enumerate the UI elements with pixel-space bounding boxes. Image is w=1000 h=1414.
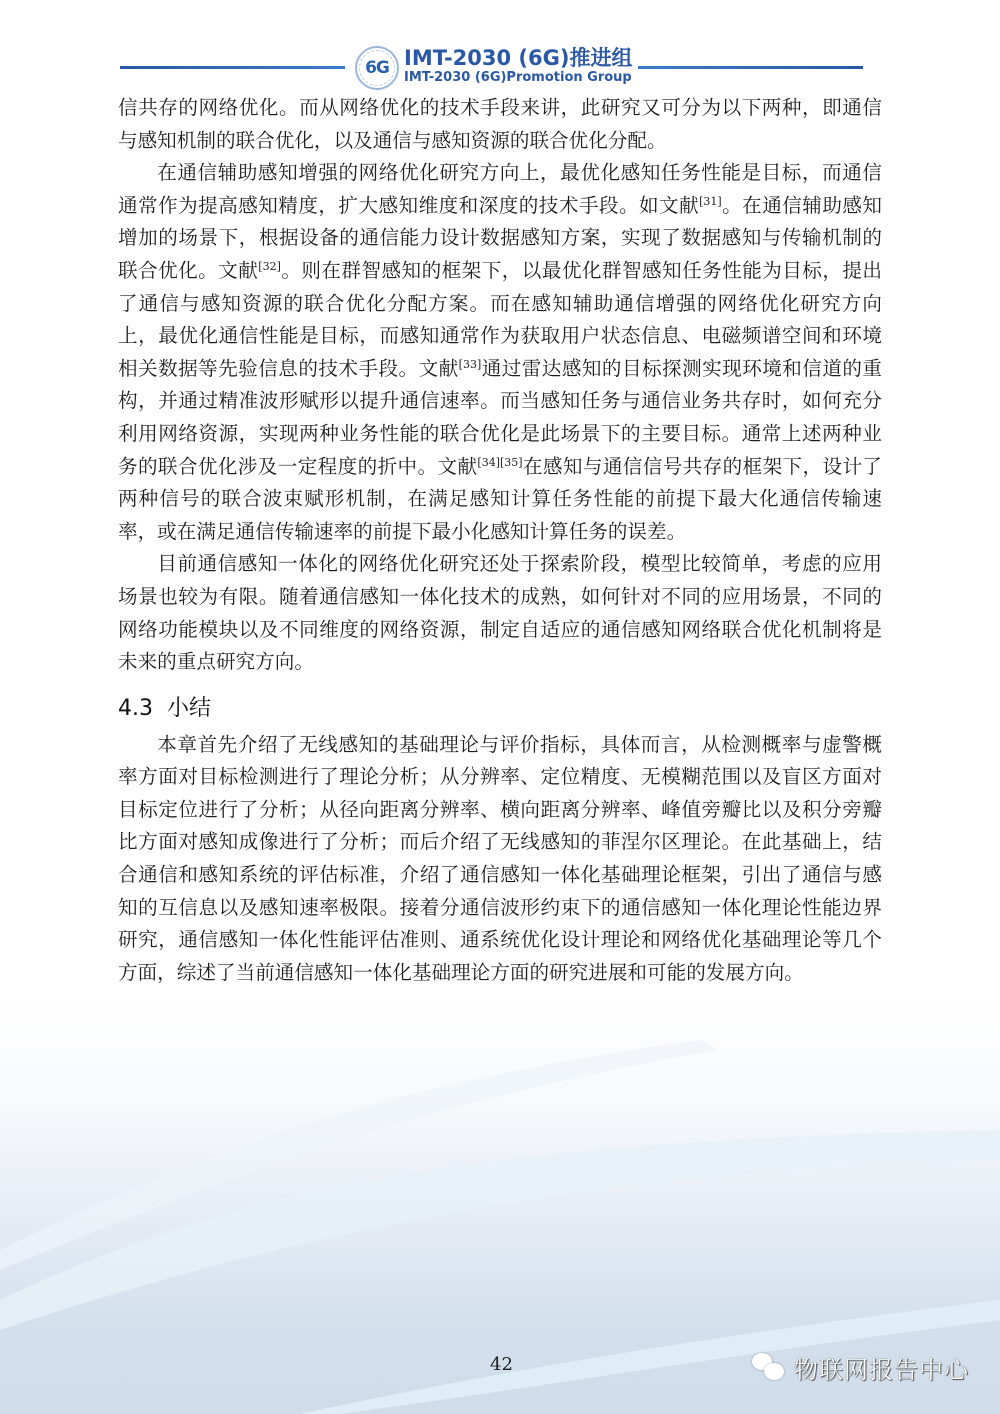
citation-33: [33] bbox=[459, 358, 482, 371]
paragraph-1: 信共存的网络优化。而从网络优化的技术手段来讲，此研究又可分为以下两种，即通信与感… bbox=[118, 92, 882, 157]
citation-31: [31] bbox=[699, 195, 722, 208]
section-heading-4-3: 4.3小结 bbox=[118, 689, 882, 729]
paragraph-3: 目前通信感知一体化的网络优化研究还处于探索阶段，模型比较简单，考虑的应用场景也较… bbox=[118, 548, 882, 678]
wechat-icon bbox=[752, 1353, 786, 1383]
citation-32: [32] bbox=[258, 260, 281, 273]
page-header bbox=[0, 40, 1000, 92]
section-title: 小结 bbox=[167, 696, 211, 721]
section-number: 4.3 bbox=[118, 696, 153, 721]
citation-34-35: [34][35] bbox=[477, 456, 522, 469]
document-body: 信共存的网络优化。而从网络优化的技术手段来讲，此研究又可分为以下两种，即通信与感… bbox=[118, 92, 882, 989]
paragraph-2: 在通信辅助感知增强的网络优化研究方向上，最优化感知任务性能是目标，而通信通常作为… bbox=[118, 157, 882, 548]
watermark-text: 物联网报告中心 bbox=[794, 1350, 969, 1385]
paragraph-summary: 本章首先介绍了无线感知的基础理论与评价指标，具体而言，从检测概率与虚警概率方面对… bbox=[118, 729, 882, 990]
page-number: 42 bbox=[490, 1354, 513, 1375]
watermark: 物联网报告中心 bbox=[752, 1350, 969, 1385]
